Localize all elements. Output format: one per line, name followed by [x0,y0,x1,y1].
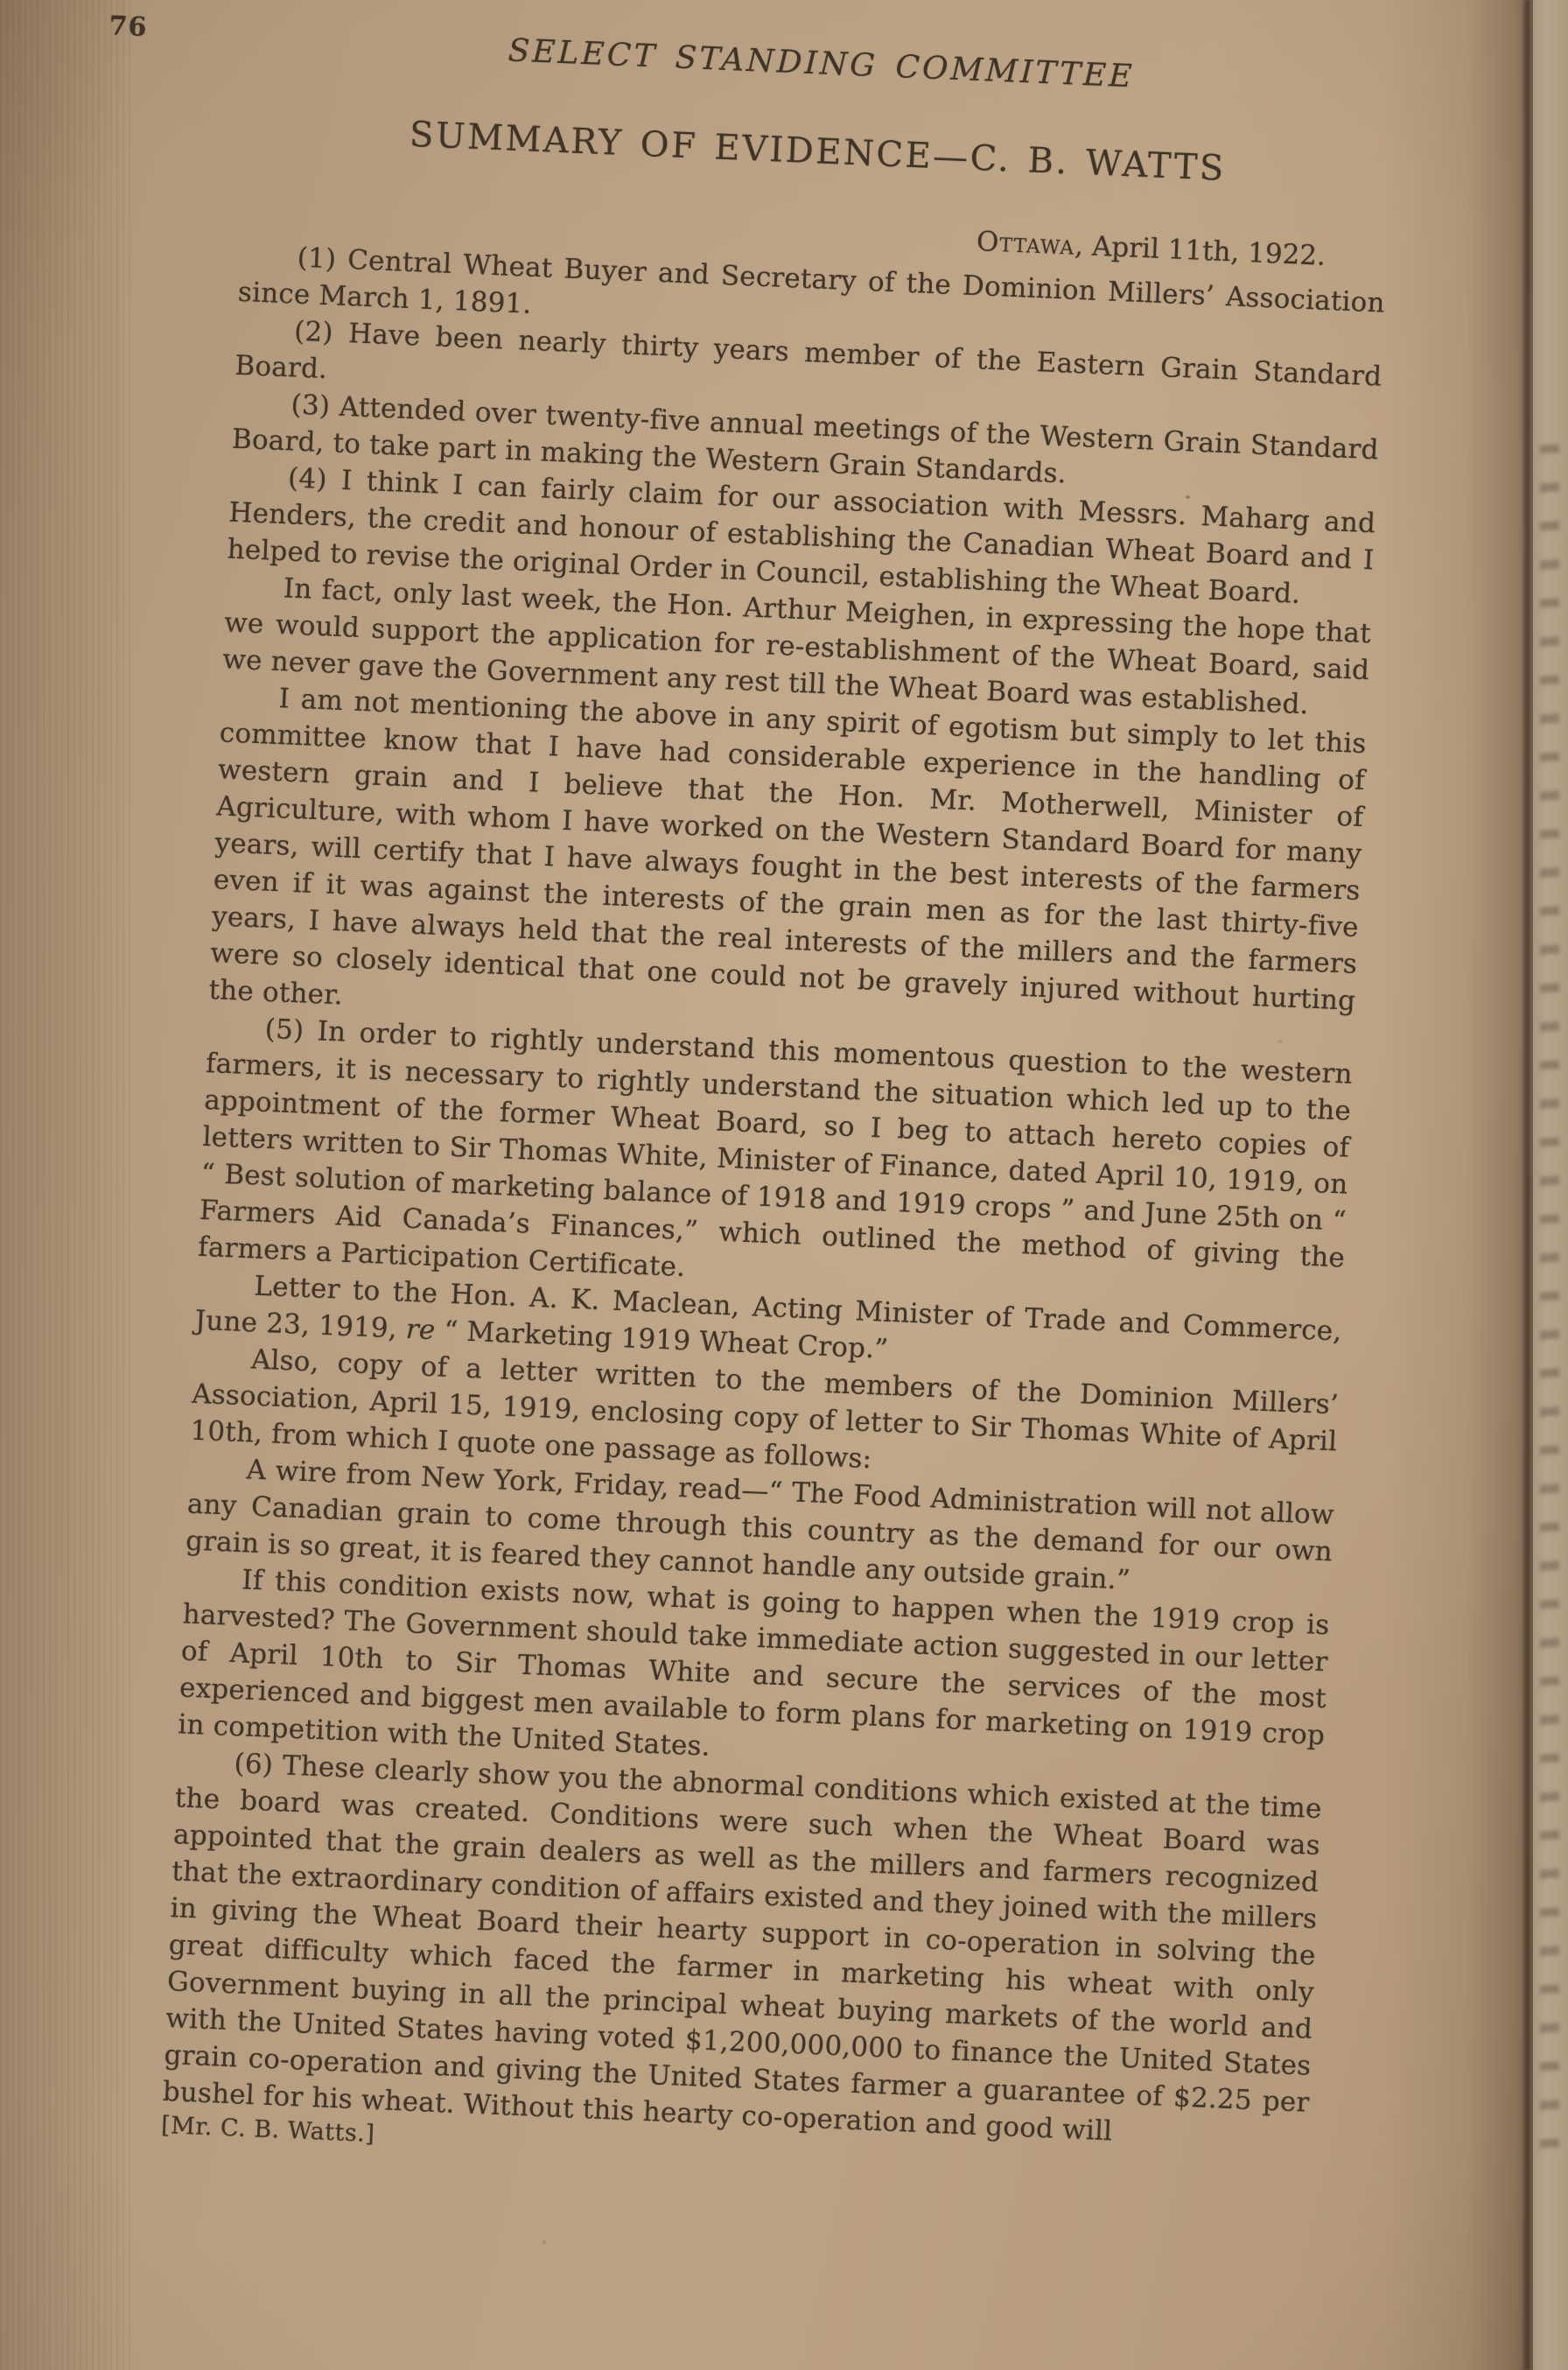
paragraph-6: I am not mentioning the above in any spi… [208,677,1368,1056]
paper-speck [1186,495,1190,499]
adjacent-page-sliver [1533,0,1568,2370]
paper-speck [1277,1040,1283,1043]
dateline-place: Ottawa [976,226,1075,262]
paragraph-7: (5) In order to rightly understand this … [197,1008,1353,1314]
body-text: (1) Central Wheat Buyer and Secretary of… [162,237,1386,2158]
running-head: SELECT STANDING COMMITTEE [248,22,1395,106]
paper-speck [542,2240,546,2244]
paragraph-12: (6) These clearly show you the abnormal … [162,1742,1322,2157]
left-gutter-shading [0,0,131,2370]
paragraph-8-re: re [405,1314,436,1346]
page-number: 76 [108,11,148,43]
dateline-date: , April 11th, 1922. [1074,230,1326,272]
section-heading: SUMMARY OF EVIDENCE—C. B. WATTS [244,108,1391,196]
page-header: 76 SELECT STANDING COMMITTEE [248,22,1395,110]
page-content: 76 SELECT STANDING COMMITTEE SUMMARY OF … [161,22,1395,2187]
page-curvature-shading [1384,0,1533,2370]
book-page-photo: 76 SELECT STANDING COMMITTEE SUMMARY OF … [0,0,1568,2370]
